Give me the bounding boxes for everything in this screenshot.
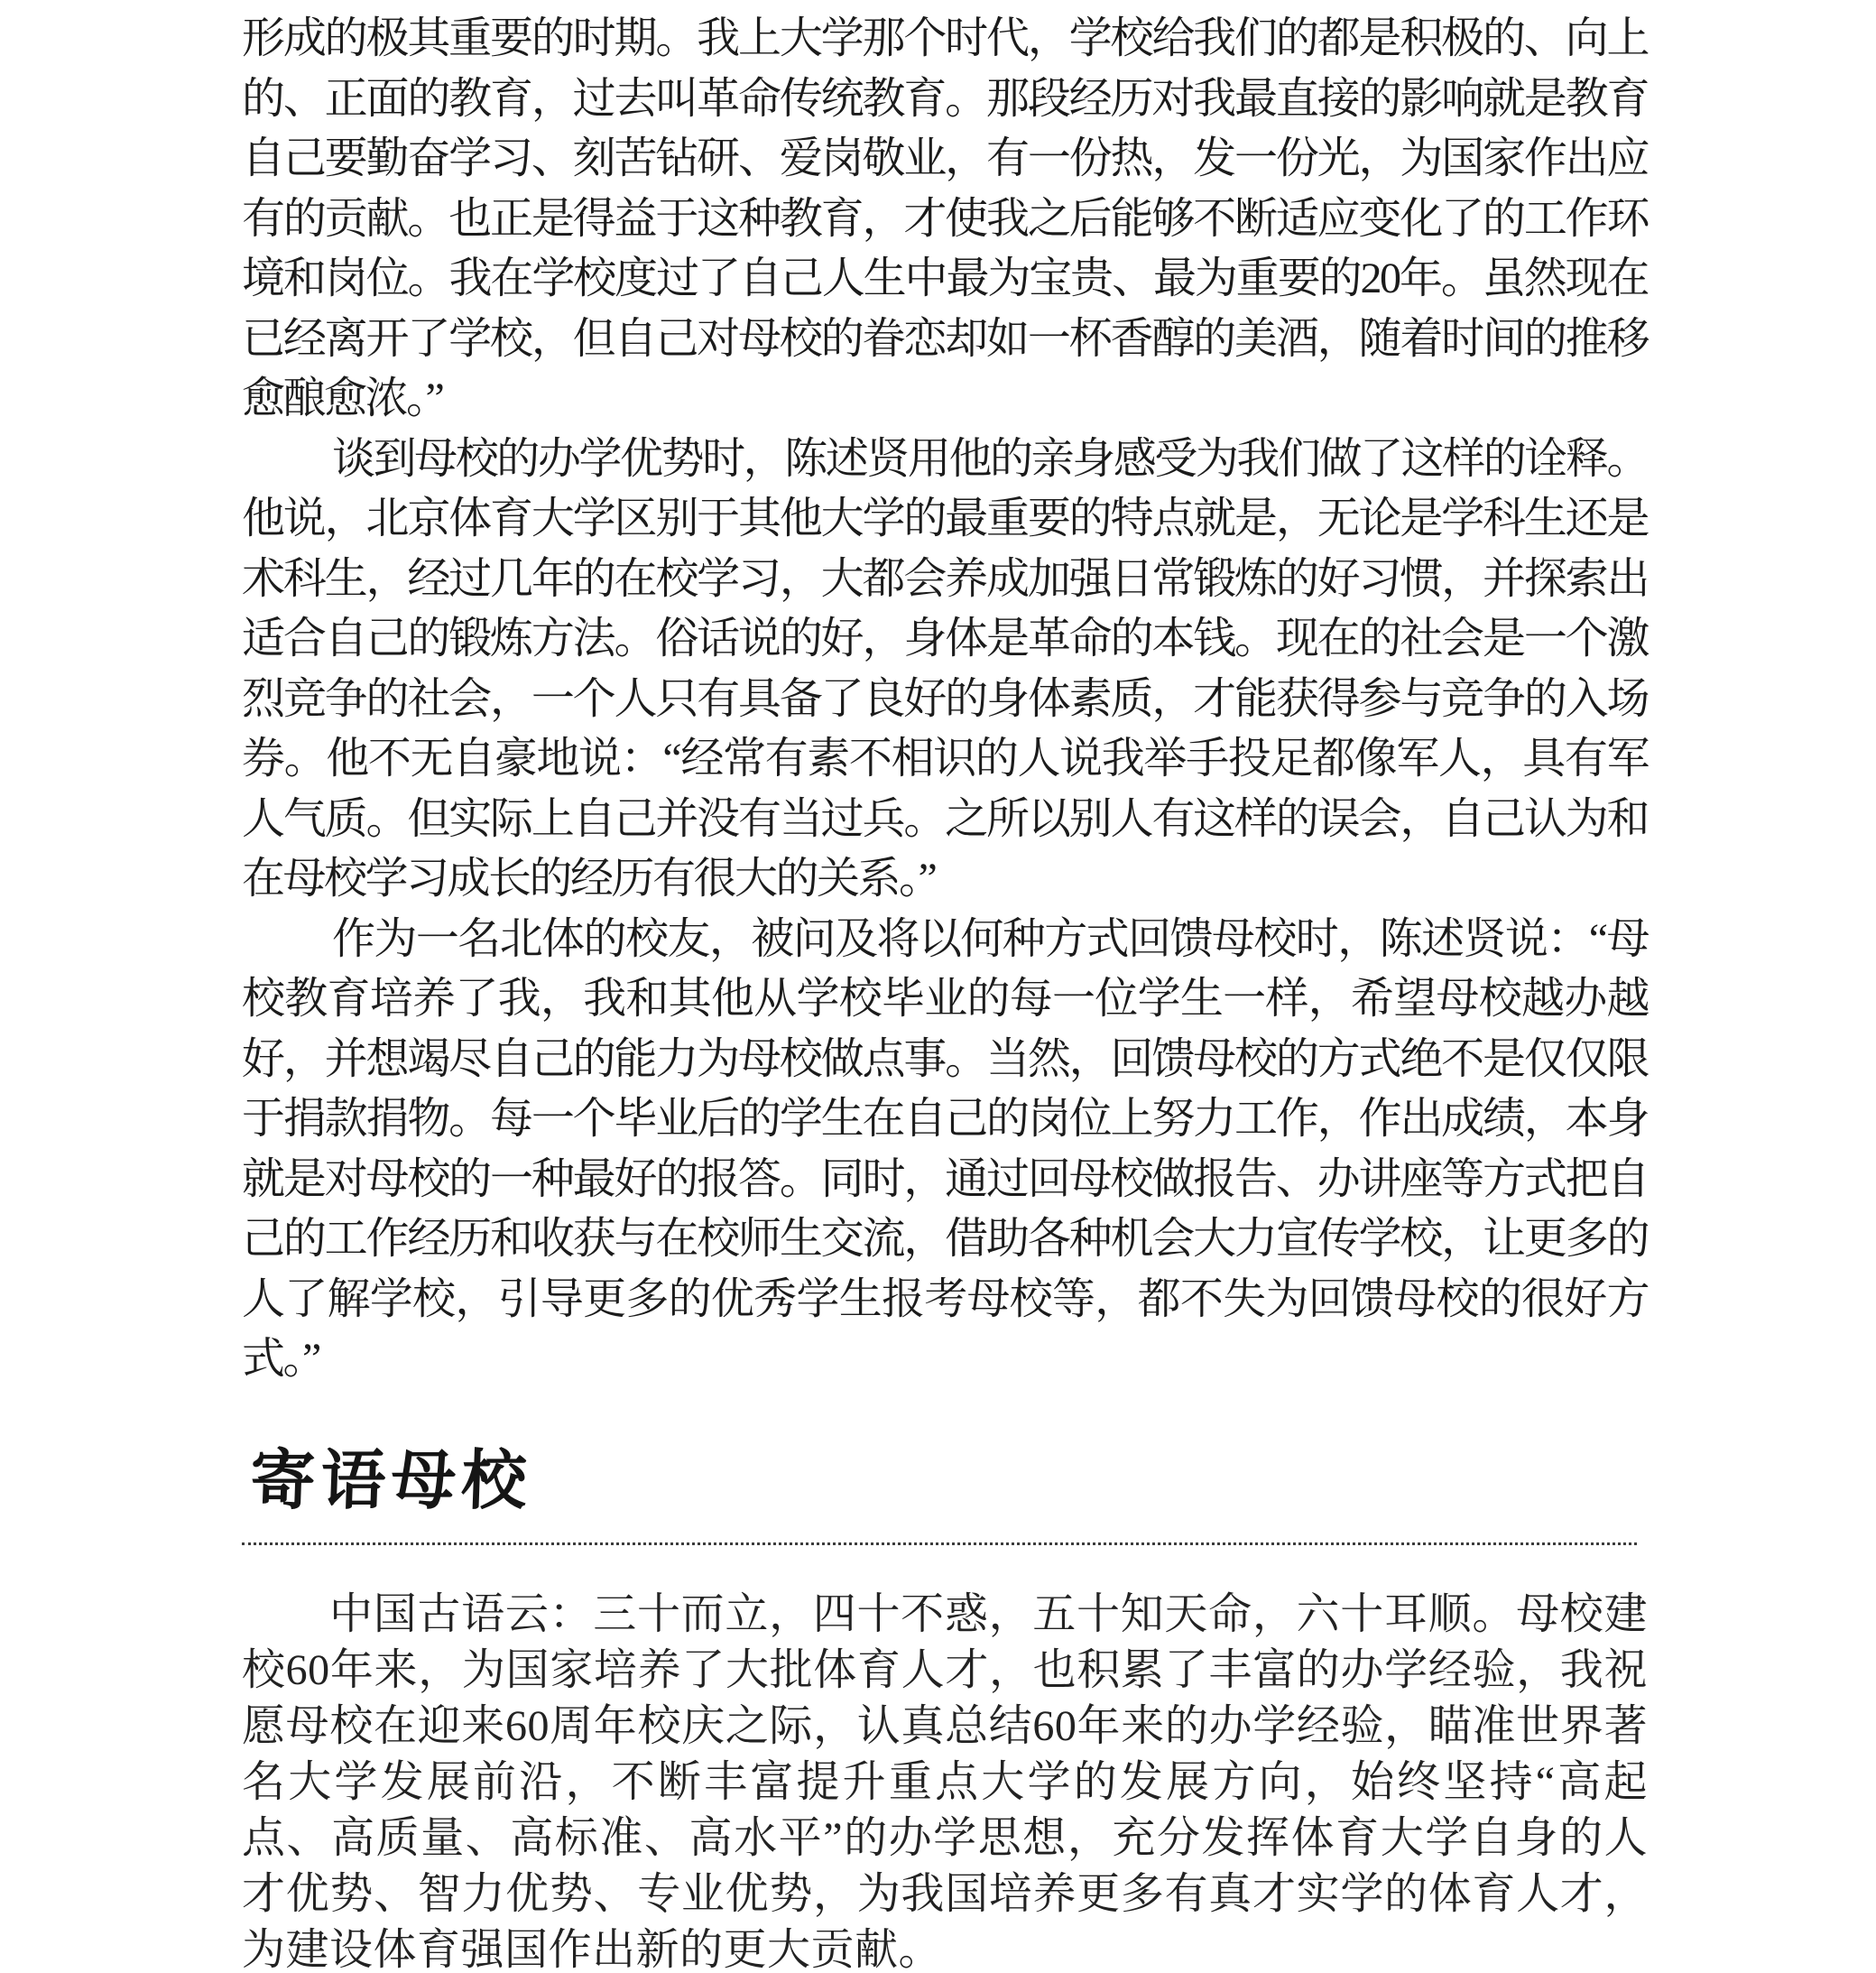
- paragraph-giving-back: 作为一名北体的校友，被问及将以何种方式回馈母校时，陈述贤说：“母校教育培养了我，…: [242, 910, 1648, 1390]
- book-page: 形成的极其重要的时期。我上大学那个时代，学校给我们的都是积极的、向上的、正面的教…: [0, 0, 1876, 1973]
- article-body: 形成的极其重要的时期。我上大学那个时代，学校给我们的都是积极的、向上的、正面的教…: [242, 9, 1648, 1973]
- dotted-divider: [242, 1542, 1637, 1545]
- closing-paragraph: 中国古语云：三十而立，四十不惑，五十知天命，六十耳顺。母校建校60年来，为国家培…: [242, 1587, 1648, 1973]
- paragraph-continuation: 形成的极其重要的时期。我上大学那个时代，学校给我们的都是积极的、向上的、正面的教…: [242, 9, 1648, 430]
- paragraph-school-advantages: 谈到母校的办学优势时，陈述贤用他的亲身感受为我们做了这样的诠释。他说，北京体育大…: [242, 430, 1648, 910]
- section-heading: 寄语母校: [249, 1448, 1650, 1516]
